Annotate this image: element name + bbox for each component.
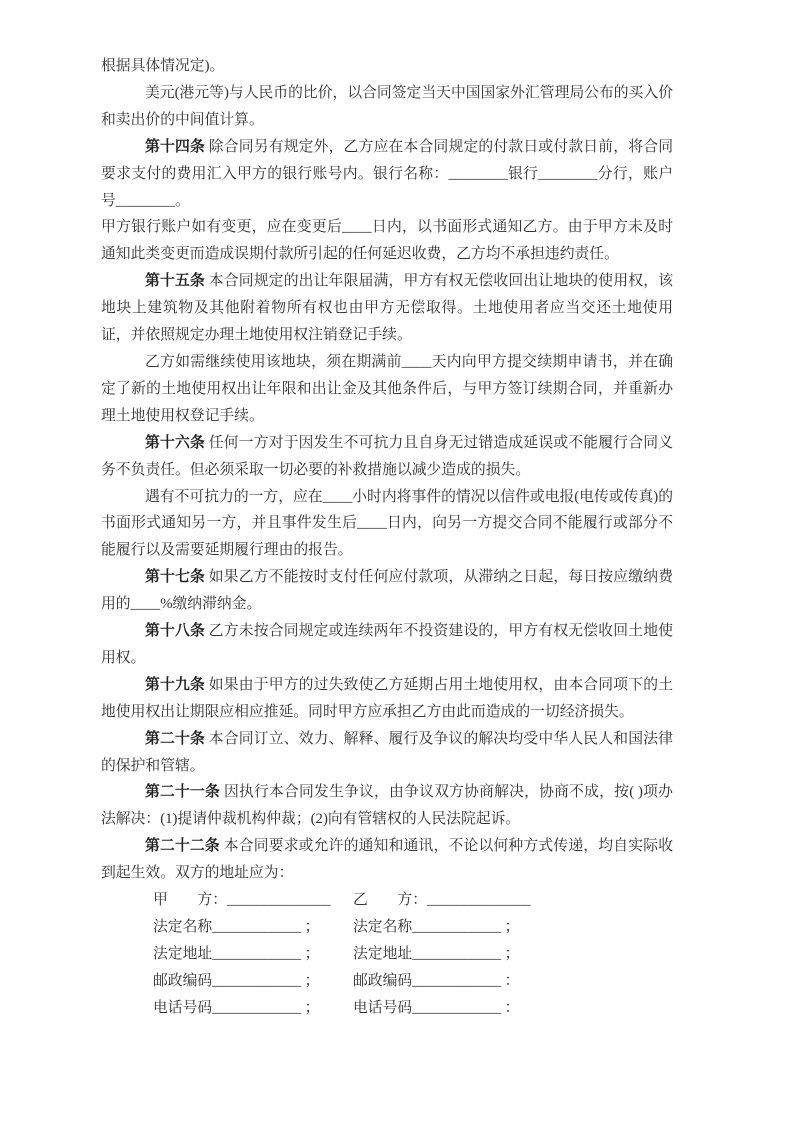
contract-paragraph: 第十四条 除合同另有规定外，乙方应在本合同规定的付款日或付款日前，将合同要求支付… bbox=[101, 134, 673, 215]
contract-paragraph: 第二十二条 本合同要求或允许的通知和通讯，不论以何种方式传递，均自实际收到起生效… bbox=[101, 833, 673, 887]
clause-number: 第二十一条 bbox=[145, 784, 220, 800]
contract-paragraph: 第十八条 乙方未按合同规定或连续两年不投资建设的，甲方有权无偿收回土地使用权。 bbox=[101, 618, 673, 672]
address-field-left: 电话号码____________ ； bbox=[153, 995, 353, 1022]
address-field-right: 法定地址____________ ； bbox=[353, 941, 553, 968]
address-field-left: 邮政编码____________ ； bbox=[153, 968, 353, 995]
address-field-left: 法定地址____________ ； bbox=[153, 941, 353, 968]
document-page: 根据具体情况定)。美元(港元等)与人民币的比价，以合同签定当天中国国家外汇管理局… bbox=[0, 0, 793, 1122]
address-row: 法定名称____________ ；法定名称____________ ； bbox=[153, 914, 673, 941]
contract-paragraph: 第二十一条 因执行本合同发生争议，由争议双方协商解决，协商不成，按( )项办法解… bbox=[101, 779, 673, 833]
contract-paragraph: 乙方如需继续使用该地块，须在期满前____天内向甲方提交续期申请书，并在确定了新… bbox=[101, 349, 673, 430]
address-row: 邮政编码____________ ；邮政编码____________ ： bbox=[153, 968, 673, 995]
contract-paragraph: 遇有不可抗力的一方，应在____小时内将事件的情况以信件或电报(电传或传真)的书… bbox=[101, 484, 673, 565]
contract-paragraph: 第十六条 任何一方对于因发生不可抗力且自身无过错造成延误或不能履行合同义务不负责… bbox=[101, 430, 673, 484]
clause-text: 根据具体情况定)。 bbox=[101, 58, 224, 74]
clause-number: 第十七条 bbox=[145, 569, 205, 585]
contract-paragraph: 第十九条 如果由于甲方的过失致使乙方延期占用土地使用权，由本合同项下的土地使用权… bbox=[101, 672, 673, 726]
contract-body: 根据具体情况定)。美元(港元等)与人民币的比价，以合同签定当天中国国家外汇管理局… bbox=[101, 53, 673, 1022]
clause-number: 第十六条 bbox=[145, 435, 205, 451]
address-field-right: 法定名称____________ ； bbox=[353, 914, 553, 941]
clause-text: 美元(港元等)与人民币的比价，以合同签定当天中国国家外汇管理局公布的买入价和卖出… bbox=[101, 85, 673, 128]
clause-number: 第十九条 bbox=[145, 677, 205, 693]
contract-paragraph: 甲方银行账户如有变更，应在变更后____日内，以书面形式通知乙方。由于甲方未及时… bbox=[101, 214, 673, 268]
address-field-left: 甲 方：______________ bbox=[153, 887, 353, 914]
contract-paragraph: 美元(港元等)与人民币的比价，以合同签定当天中国国家外汇管理局公布的买入价和卖出… bbox=[101, 80, 673, 134]
address-row: 甲 方：______________乙 方：______________ bbox=[153, 887, 673, 914]
clause-text: 遇有不可抗力的一方，应在____小时内将事件的情况以信件或电报(电传或传真)的书… bbox=[101, 489, 673, 559]
clause-number: 第十五条 bbox=[145, 273, 205, 289]
clause-number: 第十四条 bbox=[145, 139, 205, 155]
clause-number: 第二十条 bbox=[145, 731, 205, 747]
clause-number: 第十八条 bbox=[145, 623, 205, 639]
address-row: 电话号码____________ ；电话号码____________ ： bbox=[153, 995, 673, 1022]
address-field-right: 邮政编码____________ ： bbox=[353, 968, 553, 995]
clause-text: 乙方如需继续使用该地块，须在期满前____天内向甲方提交续期申请书，并在确定了新… bbox=[101, 354, 673, 424]
address-block: 甲 方：______________乙 方：______________法定名称… bbox=[153, 887, 673, 1022]
clause-text: 甲方银行账户如有变更，应在变更后____日内，以书面形式通知乙方。由于甲方未及时… bbox=[101, 219, 673, 262]
address-field-right: 乙 方：______________ bbox=[353, 887, 553, 914]
contract-paragraph: 根据具体情况定)。 bbox=[101, 53, 673, 80]
address-field-right: 电话号码____________ ： bbox=[353, 995, 553, 1022]
contract-paragraph: 第二十条 本合同订立、效力、解释、履行及争议的解决均受中华人民人和国法律的保护和… bbox=[101, 726, 673, 780]
contract-paragraph: 第十七条 如果乙方不能按时支付任何应付款项，从滞纳之日起，每日按应缴纳费用的__… bbox=[101, 564, 673, 618]
clause-number: 第二十二条 bbox=[145, 838, 220, 854]
address-field-left: 法定名称____________ ； bbox=[153, 914, 353, 941]
address-row: 法定地址____________ ；法定地址____________ ； bbox=[153, 941, 673, 968]
contract-paragraph: 第十五条 本合同规定的出让年限届满，甲方有权无偿收回出让地块的使用权，该地块上建… bbox=[101, 268, 673, 349]
